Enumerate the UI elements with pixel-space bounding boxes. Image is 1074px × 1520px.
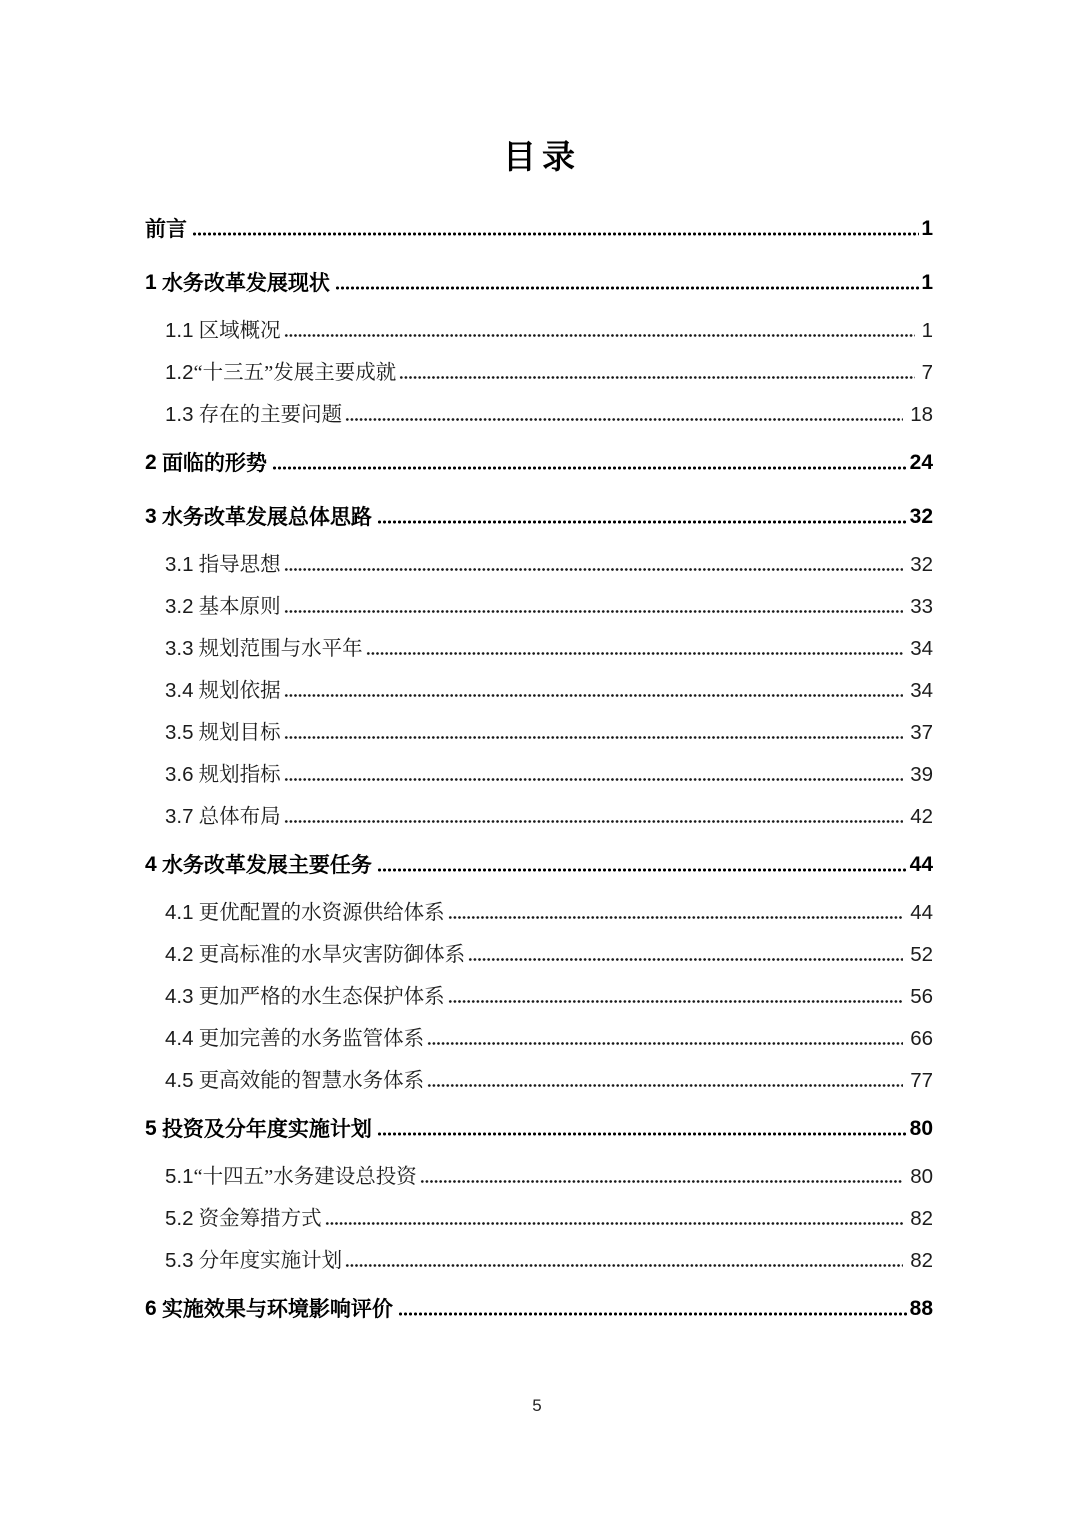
toc-entry-page: 44 — [910, 900, 933, 926]
toc-leader-dots — [420, 1179, 903, 1184]
toc-entry-number: 5 — [145, 1116, 157, 1142]
toc-leader-dots — [345, 1263, 903, 1268]
toc-entry[interactable]: 3.6 规划指标39 — [165, 762, 933, 788]
toc-leader-dots — [468, 957, 903, 962]
document-page: 目录 前言11 水务改革发展现状11.1 区域概况11.2“十三五”发展主要成就… — [0, 0, 1074, 1520]
toc-entry-number: 4.4 — [165, 1026, 194, 1052]
toc-entry-page: 80 — [910, 1116, 933, 1142]
toc-entry-page: 32 — [910, 504, 933, 530]
toc-entry-label: 水务改革发展现状 — [157, 270, 330, 296]
toc-entry-label: 前言 — [145, 216, 187, 242]
toc-leader-dots — [377, 867, 908, 873]
footer-page-number: 5 — [532, 1396, 541, 1415]
toc-entry[interactable]: 3.7 总体布局42 — [165, 804, 933, 830]
toc-entry-number: 4.3 — [165, 984, 194, 1010]
toc-entry[interactable]: 3.2 基本原则33 — [165, 594, 933, 620]
toc-entry[interactable]: 5 投资及分年度实施计划80 — [145, 1116, 933, 1142]
toc-entry-label: 更高标准的水旱灾害防御体系 — [194, 942, 466, 968]
toc-entry-page: 39 — [910, 762, 933, 788]
toc-leader-dots — [272, 465, 908, 471]
toc-leader-dots — [192, 231, 919, 237]
toc-entry-label: “十四五”水务建设总投资 — [194, 1164, 417, 1190]
toc-leader-dots — [284, 819, 904, 824]
toc-entry-number: 1.3 — [165, 402, 194, 428]
toc-entry-page: 80 — [910, 1164, 933, 1190]
toc-entry-page: 88 — [910, 1296, 933, 1322]
toc-leader-dots — [377, 1131, 908, 1137]
toc-leader-dots — [284, 609, 904, 614]
toc-entry-number: 4.1 — [165, 900, 194, 926]
toc-entry[interactable]: 3.3 规划范围与水平年34 — [165, 636, 933, 662]
toc-entry-number: 4.5 — [165, 1068, 194, 1094]
toc-leader-dots — [448, 915, 904, 920]
toc-entry[interactable]: 4.3 更加严格的水生态保护体系56 — [165, 984, 933, 1010]
toc-entry[interactable]: 6 实施效果与环境影响评价88 — [145, 1296, 933, 1322]
toc-entry-label: 更加完善的水务监管体系 — [194, 1026, 425, 1052]
toc-entry[interactable]: 5.3 分年度实施计划82 — [165, 1248, 933, 1274]
toc-entry-number: 1.1 — [165, 318, 194, 344]
toc-entry[interactable]: 3.1 指导思想32 — [165, 552, 933, 578]
toc-entry-number: 4.2 — [165, 942, 194, 968]
page-footer: 5 — [0, 1396, 1074, 1416]
toc-entry-label: 指导思想 — [194, 552, 281, 578]
toc-entry[interactable]: 4.2 更高标准的水旱灾害防御体系52 — [165, 942, 933, 968]
toc-leader-dots — [284, 735, 904, 740]
toc-entry-label: 资金筹措方式 — [194, 1206, 322, 1232]
toc-entry[interactable]: 5.2 资金筹措方式82 — [165, 1206, 933, 1232]
toc-entry-number: 1 — [145, 270, 157, 296]
toc-leader-dots — [399, 375, 914, 380]
toc-entry-label: 规划目标 — [194, 720, 281, 746]
toc-entry-label: 水务改革发展主要任务 — [157, 852, 372, 878]
toc-entry-label: 规划指标 — [194, 762, 281, 788]
toc-entry-label: 面临的形势 — [157, 450, 267, 476]
toc-entry-label: 存在的主要问题 — [194, 402, 343, 428]
toc-entry[interactable]: 4 水务改革发展主要任务44 — [145, 852, 933, 878]
toc-leader-dots — [398, 1311, 908, 1317]
toc-entry[interactable]: 4.4 更加完善的水务监管体系66 — [165, 1026, 933, 1052]
toc-leader-dots — [448, 999, 904, 1004]
toc-entry-page: 24 — [910, 450, 933, 476]
toc-entry-page: 37 — [910, 720, 933, 746]
toc-entry-number: 3.7 — [165, 804, 194, 830]
toc-entry[interactable]: 1.2“十三五”发展主要成就7 — [165, 360, 933, 386]
toc-entry-number: 3.5 — [165, 720, 194, 746]
toc-entry-label: 分年度实施计划 — [194, 1248, 343, 1274]
toc-entry-page: 44 — [910, 852, 933, 878]
toc-leader-dots — [427, 1083, 903, 1088]
toc-entry-label: “十三五”发展主要成就 — [194, 360, 397, 386]
toc-entry[interactable]: 3.5 规划目标37 — [165, 720, 933, 746]
toc-entry-page: 82 — [910, 1206, 933, 1232]
toc-entry-label: 投资及分年度实施计划 — [157, 1116, 372, 1142]
toc-entry-page: 82 — [910, 1248, 933, 1274]
toc-entry-page: 7 — [922, 360, 933, 386]
toc-leader-dots — [284, 693, 904, 698]
toc-entry[interactable]: 4.1 更优配置的水资源供给体系44 — [165, 900, 933, 926]
table-of-contents: 前言11 水务改革发展现状11.1 区域概况11.2“十三五”发展主要成就71.… — [145, 202, 933, 1336]
toc-entry[interactable]: 5.1“十四五”水务建设总投资80 — [165, 1164, 933, 1190]
toc-leader-dots — [284, 777, 904, 782]
toc-leader-dots — [427, 1041, 903, 1046]
toc-entry-page: 56 — [910, 984, 933, 1010]
toc-entry-number: 4 — [145, 852, 157, 878]
toc-entry-number: 2 — [145, 450, 157, 476]
toc-entry-page: 32 — [910, 552, 933, 578]
toc-entry-page: 1 — [922, 318, 933, 344]
toc-leader-dots — [325, 1221, 904, 1226]
toc-entry[interactable]: 1 水务改革发展现状1 — [145, 270, 933, 296]
toc-entry-label: 规划范围与水平年 — [194, 636, 363, 662]
toc-entry[interactable]: 1.3 存在的主要问题18 — [165, 402, 933, 428]
toc-entry-label: 更优配置的水资源供给体系 — [194, 900, 445, 926]
toc-entry-label: 水务改革发展总体思路 — [157, 504, 372, 530]
toc-entry-label: 更高效能的智慧水务体系 — [194, 1068, 425, 1094]
toc-entry[interactable]: 3.4 规划依据34 — [165, 678, 933, 704]
toc-entry-number: 5.1 — [165, 1164, 194, 1190]
toc-entry-label: 基本原则 — [194, 594, 281, 620]
toc-entry[interactable]: 3 水务改革发展总体思路32 — [145, 504, 933, 530]
toc-entry-page: 34 — [910, 636, 933, 662]
toc-entry-page: 42 — [910, 804, 933, 830]
toc-entry-label: 更加严格的水生态保护体系 — [194, 984, 445, 1010]
toc-entry-label: 规划依据 — [194, 678, 281, 704]
toc-entry-page: 1 — [921, 216, 933, 242]
toc-leader-dots — [366, 651, 904, 656]
toc-entry-number: 3.4 — [165, 678, 194, 704]
toc-entry-label: 总体布局 — [194, 804, 281, 830]
page-title: 目录 — [145, 136, 933, 180]
toc-entry-page: 1 — [921, 270, 933, 296]
toc-entry-number: 3.1 — [165, 552, 194, 578]
toc-leader-dots — [345, 417, 903, 422]
toc-entry-label: 区域概况 — [194, 318, 281, 344]
toc-entry-number: 3.3 — [165, 636, 194, 662]
toc-leader-dots — [284, 333, 915, 338]
toc-leader-dots — [377, 519, 908, 525]
toc-entry-page: 66 — [910, 1026, 933, 1052]
toc-entry-number: 3 — [145, 504, 157, 530]
toc-entry-number: 3.2 — [165, 594, 194, 620]
toc-entry-page: 77 — [910, 1068, 933, 1094]
toc-entry-number: 5.2 — [165, 1206, 194, 1232]
toc-entry-page: 34 — [910, 678, 933, 704]
toc-entry-page: 33 — [910, 594, 933, 620]
toc-entry[interactable]: 前言1 — [145, 216, 933, 242]
toc-leader-dots — [284, 567, 904, 572]
toc-leader-dots — [335, 285, 919, 291]
toc-entry-number: 5.3 — [165, 1248, 194, 1274]
toc-entry-page: 18 — [910, 402, 933, 428]
toc-entry-label: 实施效果与环境影响评价 — [157, 1296, 393, 1322]
toc-entry-page: 52 — [910, 942, 933, 968]
toc-entry-number: 6 — [145, 1296, 157, 1322]
toc-entry-number: 3.6 — [165, 762, 194, 788]
toc-entry[interactable]: 1.1 区域概况1 — [165, 318, 933, 344]
toc-entry-number: 1.2 — [165, 360, 194, 386]
toc-entry[interactable]: 4.5 更高效能的智慧水务体系77 — [165, 1068, 933, 1094]
toc-entry[interactable]: 2 面临的形势24 — [145, 450, 933, 476]
